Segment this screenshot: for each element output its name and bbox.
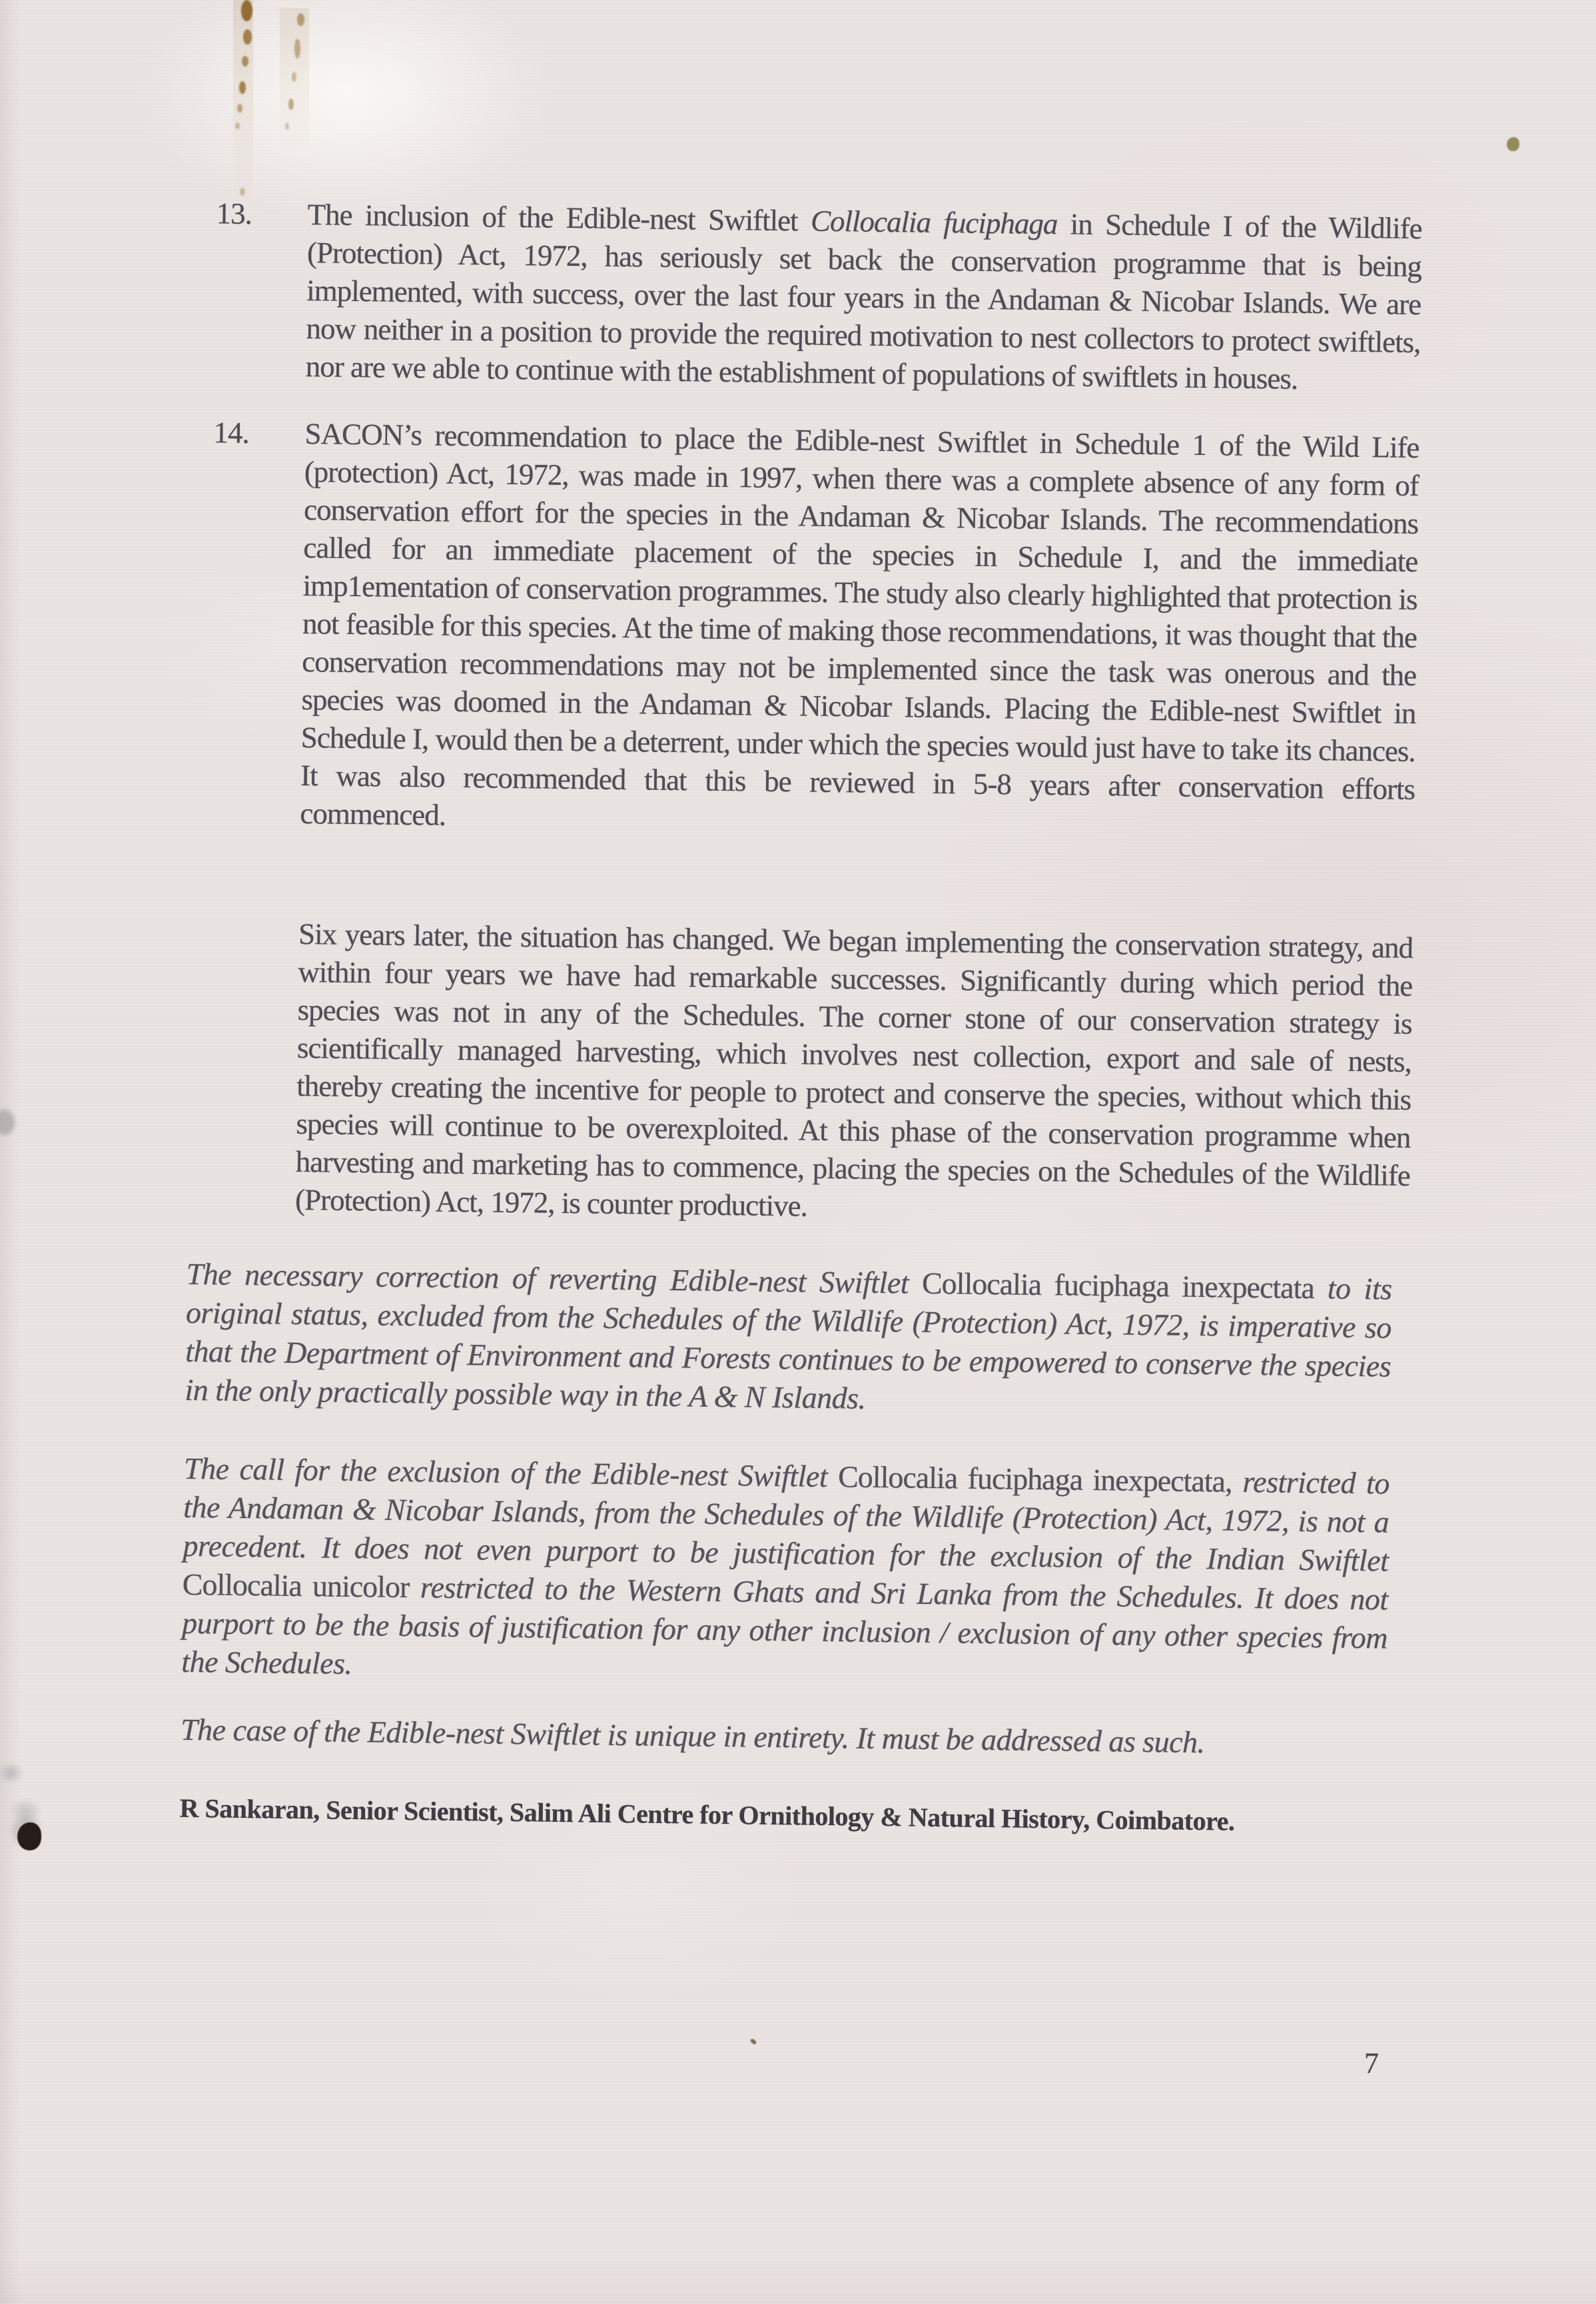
text-run: Collocalia fuciphaga inexpectata bbox=[922, 1266, 1314, 1305]
page-number: 7 bbox=[1364, 2046, 1379, 2080]
paragraph-text: The necessary correction of reverting Ed… bbox=[185, 1257, 1392, 1415]
paragraph: The call for the exclusion of the Edible… bbox=[181, 1449, 1390, 1697]
text-run: Six years later, the situation has chang… bbox=[295, 917, 1413, 1223]
text-run: The call for the exclusion of the Edible… bbox=[184, 1451, 839, 1493]
paragraph-text: SACON’s recommendation to place the Edib… bbox=[300, 415, 1419, 847]
paragraph-number: 13. bbox=[214, 194, 308, 386]
text-run: Collocalia unicolor bbox=[183, 1567, 410, 1604]
paragraph-text: The call for the exclusion of the Edible… bbox=[181, 1451, 1390, 1681]
paragraph-number: 14. bbox=[208, 414, 305, 833]
text-run: The case of the Edible-nest Swiftlet is … bbox=[181, 1713, 1205, 1759]
document-page: 13. The inclusion of the Edible-nest Swi… bbox=[0, 0, 1596, 2304]
paragraph-text: The case of the Edible-nest Swiftlet is … bbox=[181, 1713, 1205, 1759]
paragraph: The case of the Edible-nest Swiftlet is … bbox=[181, 1711, 1387, 1764]
text-run: SACON’s recommendation to place the Edib… bbox=[300, 417, 1419, 832]
paragraph-text: R Sankaran, Senior Scientist, Salim Ali … bbox=[179, 1793, 1234, 1836]
paragraph: Six years later, the situation has chang… bbox=[295, 915, 1413, 1233]
text-run: R Sankaran, Senior Scientist, Salim Ali … bbox=[179, 1793, 1234, 1836]
paragraph: 13. The inclusion of the Edible-nest Swi… bbox=[214, 194, 1422, 400]
ink-blob bbox=[17, 1822, 41, 1850]
paragraph: 14. SACON’s recommendation to place the … bbox=[208, 414, 1419, 847]
paragraph-text: Six years later, the situation has chang… bbox=[295, 917, 1413, 1223]
text-run: The necessary correction of reverting Ed… bbox=[186, 1257, 922, 1300]
paragraph: R Sankaran, Senior Scientist, Salim Ali … bbox=[179, 1792, 1442, 1841]
paper-speck bbox=[749, 2038, 757, 2045]
paragraph-text: The inclusion of the Edible-nest Swiftle… bbox=[306, 196, 1422, 400]
text-run: Collocalia fuciphaga inexpectata, bbox=[838, 1459, 1232, 1498]
document-body: 13. The inclusion of the Edible-nest Swi… bbox=[0, 0, 1596, 1842]
text-run: Collocalia fuciphaga bbox=[811, 204, 1058, 241]
text-run: The inclusion of the Edible-nest Swiftle… bbox=[307, 198, 811, 237]
paragraph: The necessary correction of reverting Ed… bbox=[185, 1255, 1392, 1425]
